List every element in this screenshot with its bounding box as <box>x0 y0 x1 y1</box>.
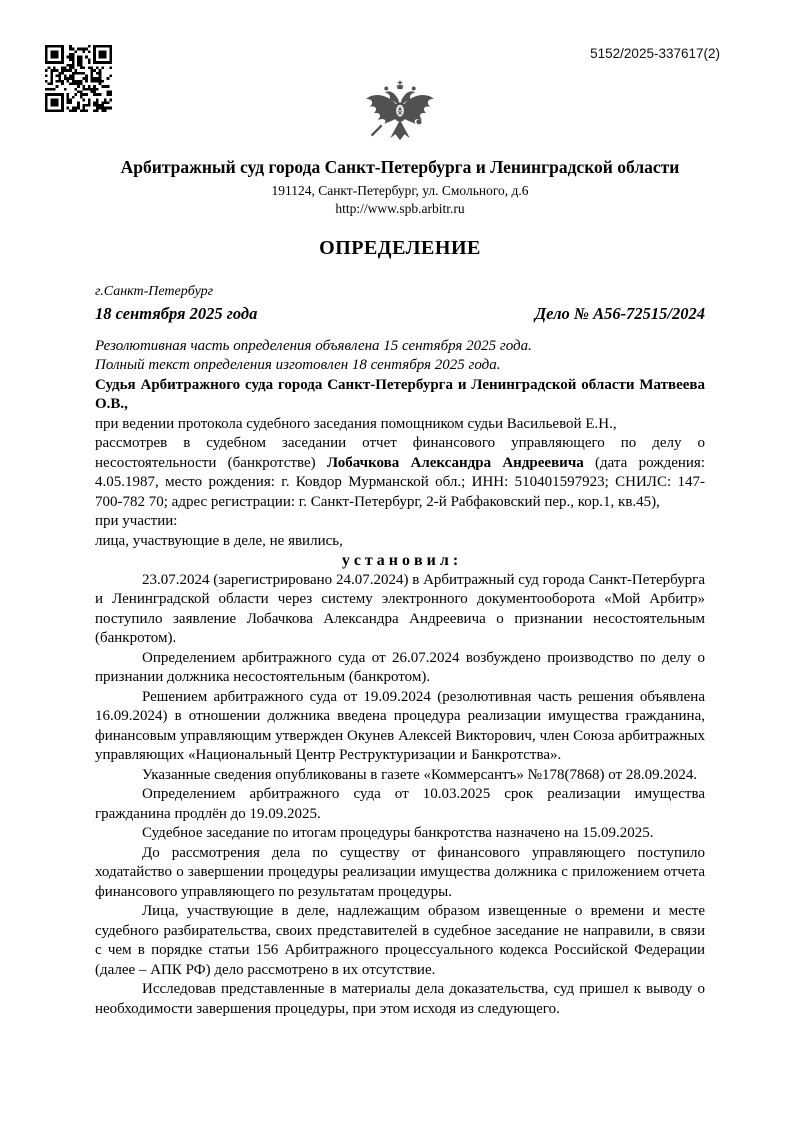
resolutive-part-line: Резолютивная часть определения объявлена… <box>95 337 705 357</box>
review-paragraph: рассмотрев в судебном заседании отчет фи… <box>95 434 705 512</box>
date-case-row: 18 сентября 2025 года Дело № А56-72515/2… <box>95 304 705 324</box>
document-body: Резолютивная часть определения объявлена… <box>95 337 705 1020</box>
debtor-name: Лобачкова Александра Андреевича <box>327 455 584 471</box>
ruling-heading: у с т а н о в и л : <box>95 551 705 571</box>
court-name: Арбитражный суд города Санкт-Петербурга … <box>0 157 800 178</box>
body-paragraph: 23.07.2024 (зарегистрировано 24.07.2024)… <box>95 571 705 649</box>
body-paragraph: Лица, участвующие в деле, надлежащим обр… <box>95 902 705 980</box>
clerk-line: при ведении протокола судебного заседани… <box>95 415 705 435</box>
city-line: г.Санкт-Петербург <box>95 283 705 301</box>
body-paragraph: Исследовав представленные в материалы де… <box>95 980 705 1019</box>
court-website: http://www.spb.arbitr.ru <box>0 200 800 218</box>
participation-line: лица, участвующие в деле, не явились, <box>95 532 705 552</box>
body-paragraph: Определением арбитражного суда от 26.07.… <box>95 649 705 688</box>
court-document-page: 5152/2025-337617(2) <box>0 0 800 1131</box>
case-meta: г.Санкт-Петербург 18 сентября 2025 года … <box>95 283 705 324</box>
coat-of-arms-russia-icon <box>360 78 440 146</box>
document-title: ОПРЕДЕЛЕНИЕ <box>0 237 800 260</box>
body-paragraph: Решением арбитражного суда от 19.09.2024… <box>95 688 705 766</box>
decision-date: 18 сентября 2025 года <box>95 304 257 324</box>
participation-label: при участии: <box>95 512 705 532</box>
document-header: Арбитражный суд города Санкт-Петербурга … <box>0 0 800 260</box>
case-number: Дело № А56-72515/2024 <box>535 304 705 324</box>
body-paragraph: Указанные сведения опубликованы в газете… <box>95 766 705 786</box>
qr-code-icon <box>45 45 112 112</box>
document-number: 5152/2025-337617(2) <box>590 46 720 61</box>
body-paragraph: Определением арбитражного суда от 10.03.… <box>95 785 705 824</box>
body-paragraph: До рассмотрения дела по существу от фина… <box>95 844 705 903</box>
body-paragraph: Судебное заседание по итогам процедуры б… <box>95 824 705 844</box>
fulltext-date-line: Полный текст определения изготовлен 18 с… <box>95 356 705 376</box>
judge-line: Судья Арбитражного суда города Санкт-Пет… <box>95 376 705 415</box>
court-address: 191124, Санкт-Петербург, ул. Смольного, … <box>0 182 800 200</box>
